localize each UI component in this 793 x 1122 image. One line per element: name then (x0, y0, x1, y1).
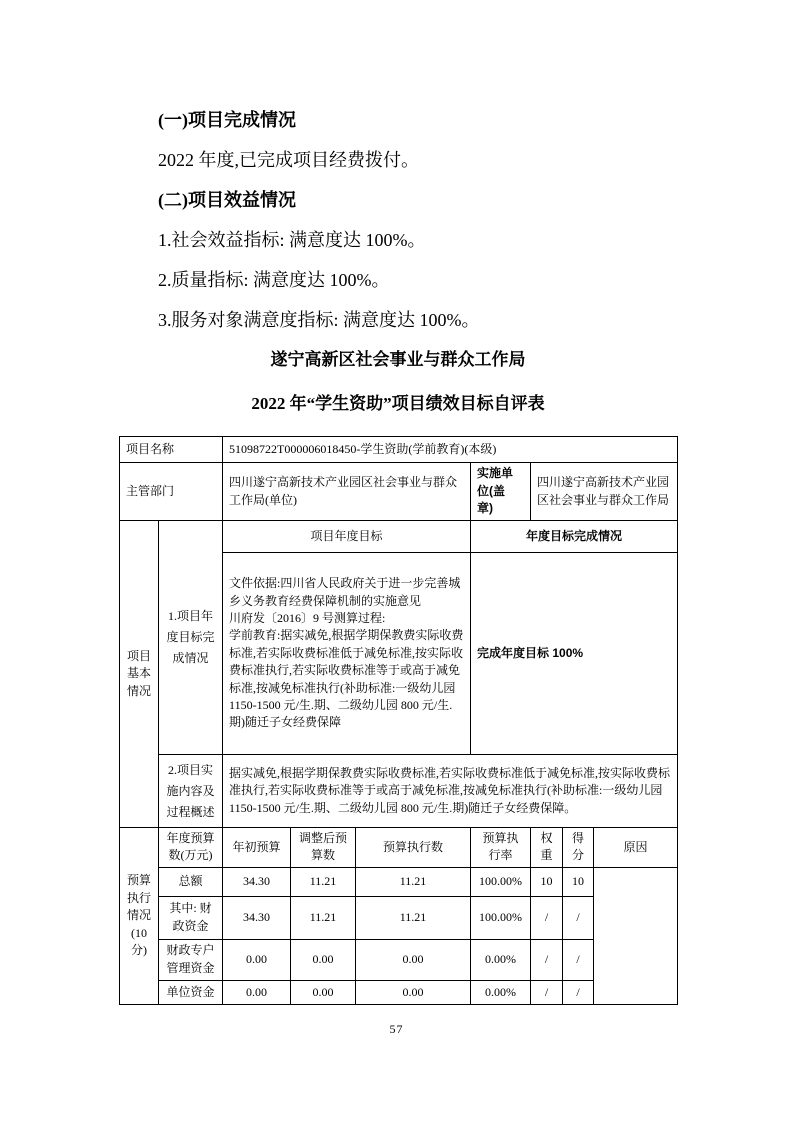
budget-total-initial: 34.30 (223, 867, 291, 896)
row-project-name: 项目名称 51098722T000006018450-学生资助(学前教育)(本级… (120, 437, 678, 463)
row-budget-header: 预算 执行 情况 (10 分) 年度预算 数(万元) 年初预算 调整后预 算数 … (120, 828, 678, 868)
row-implementation: 2.项目实 施内容及 过程概述 据实减免,根据学期保教费实际收费标准,若实际收费… (120, 755, 678, 828)
budget-row-total: 总额 34.30 11.21 11.21 100.00% 10 10 (120, 867, 678, 896)
budget-total-score: 10 (563, 867, 594, 896)
budget-label-special: 财政专户 管理资金 (159, 939, 223, 980)
budget-header-score: 得 分 (563, 828, 594, 868)
section-1-heading: (一)项目完成情况 (119, 100, 677, 140)
annual-goal-header: 项目年度目标 (223, 521, 471, 553)
budget-unit-executed: 0.00 (356, 980, 471, 1004)
budget-reason-cell (594, 867, 678, 1004)
budget-label-total: 总额 (159, 867, 223, 896)
budget-header-adjusted: 调整后预 算数 (291, 828, 356, 868)
budget-fiscal-score: / (563, 896, 594, 939)
budget-total-rate: 100.00% (471, 867, 531, 896)
supervisor-value: 四川遂宁高新技术产业园区社会事业与群众工作局(单位) (223, 463, 471, 521)
table-title: 2022 年“学生资助”项目绩效目标自评表 (119, 384, 677, 424)
budget-special-rate: 0.00% (471, 939, 531, 980)
budget-special-score: / (563, 939, 594, 980)
budget-unit-adjusted: 0.00 (291, 980, 356, 1004)
self-evaluation-table: 项目名称 51098722T000006018450-学生资助(学前教育)(本级… (119, 436, 678, 1005)
row-supervisor: 主管部门 四川遂宁高新技术产业园区社会事业与群众工作局(单位) 实施单 位(盖 … (120, 463, 678, 521)
budget-unit-initial: 0.00 (223, 980, 291, 1004)
budget-header-rate: 预算执 行率 (471, 828, 531, 868)
budget-special-executed: 0.00 (356, 939, 471, 980)
impl-unit-value: 四川遂宁高新技术产业园区社会事业与群众工作局 (531, 463, 678, 521)
budget-unit-weight: / (531, 980, 563, 1004)
budget-fiscal-weight: / (531, 896, 563, 939)
budget-header-category: 年度预算 数(万元) (159, 828, 223, 868)
document-page: { "document": { "section_1_heading": "(一… (0, 0, 793, 1122)
annual-goal-text: 文件依据:四川省人民政府关于进一步完善城乡义务教育经费保障机制的实施意见 川府发… (223, 553, 471, 755)
budget-total-weight: 10 (531, 867, 563, 896)
budget-total-adjusted: 11.21 (291, 867, 356, 896)
budget-label-unit: 单位资金 (159, 980, 223, 1004)
budget-unit-score: / (563, 980, 594, 1004)
budget-special-weight: / (531, 939, 563, 980)
page-content: (一)项目完成情况 2022 年度,已完成项目经费拨付。 (二)项目效益情况 1… (0, 0, 793, 1005)
basic-info-section-label: 项目 基本 情况 (120, 521, 159, 828)
budget-header-initial: 年初预算 (223, 828, 291, 868)
budget-fiscal-rate: 100.00% (471, 896, 531, 939)
section-1-body: 2022 年度,已完成项目经费拨付。 (119, 140, 677, 180)
impl-overview-text: 据实减免,根据学期保教费实际收费标准,若实际收费标准低于减免标准,按实际收费标准… (223, 755, 678, 828)
benefit-item-satisfaction: 3.服务对象满意度指标: 满意度达 100%。 (119, 300, 677, 340)
budget-total-executed: 11.21 (356, 867, 471, 896)
budget-fiscal-adjusted: 11.21 (291, 896, 356, 939)
budget-special-adjusted: 0.00 (291, 939, 356, 980)
budget-special-initial: 0.00 (223, 939, 291, 980)
impl-row-label: 2.项目实 施内容及 过程概述 (159, 755, 223, 828)
budget-unit-rate: 0.00% (471, 980, 531, 1004)
impl-unit-label: 实施单 位(盖 章) (471, 463, 531, 521)
row-goal-headers: 项目 基本 情况 1.项目年 度目标完 成情况 项目年度目标 年度目标完成情况 (120, 521, 678, 553)
budget-header-reason: 原因 (594, 828, 678, 868)
budget-header-weight: 权 重 (531, 828, 563, 868)
goal-row-label: 1.项目年 度目标完 成情况 (159, 521, 223, 755)
org-title: 遂宁高新区社会事业与群众工作局 (119, 340, 677, 380)
budget-label-fiscal: 其中: 财 政资金 (159, 896, 223, 939)
project-name-value: 51098722T000006018450-学生资助(学前教育)(本级) (223, 437, 678, 463)
budget-fiscal-executed: 11.21 (356, 896, 471, 939)
budget-header-executed: 预算执行数 (356, 828, 471, 868)
benefit-item-quality: 2.质量指标: 满意度达 100%。 (119, 260, 677, 300)
goal-completion-value: 完成年度目标 100% (471, 553, 678, 755)
budget-fiscal-initial: 34.30 (223, 896, 291, 939)
section-2-heading: (二)项目效益情况 (119, 180, 677, 220)
page-number: 57 (0, 1022, 793, 1037)
benefit-item-social: 1.社会效益指标: 满意度达 100%。 (119, 220, 677, 260)
goal-completion-header: 年度目标完成情况 (471, 521, 678, 553)
budget-section-label: 预算 执行 情况 (10 分) (120, 828, 159, 1005)
project-name-label: 项目名称 (120, 437, 223, 463)
supervisor-label: 主管部门 (120, 463, 223, 521)
